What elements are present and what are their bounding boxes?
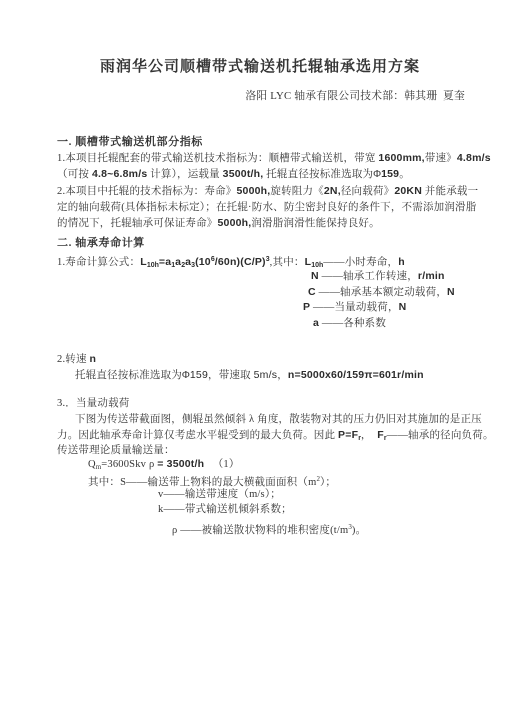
- text-run: 计算），运载量: [147, 169, 222, 180]
- formula-run: (10: [195, 256, 211, 268]
- formula-run: F: [377, 429, 384, 441]
- value-run: 5000h,: [236, 185, 270, 197]
- text-run: 润滑脂润滑性能保持良好。: [251, 218, 379, 229]
- value-run: = 3500t/h: [157, 458, 204, 470]
- para1-line2: （可按 4.8~6.8m/s 计算），运载量 3500t/h, 托辊直径按标准选…: [57, 168, 410, 181]
- value-run: 3500t/h,: [223, 168, 264, 180]
- value-run: 1600mm,: [378, 152, 424, 164]
- value-run: 159: [190, 369, 208, 381]
- subscript: 10h: [147, 262, 159, 269]
- text-run: ）；: [265, 489, 281, 500]
- section2-heading: 二. 轴承寿命计算: [57, 237, 145, 250]
- text-run: 径向载荷》: [341, 186, 395, 197]
- value-run: 20KN: [394, 185, 422, 197]
- text-run: ——输送带速度（: [163, 489, 249, 500]
- doc-byline: 洛阳 LYC 轴承有限公司技术部：韩其珊 夏奎: [0, 90, 465, 103]
- text-run: 2.转速: [57, 354, 90, 365]
- definition-a: a ——各种系数: [313, 317, 386, 330]
- definition-c: C ——轴承基本额定动载荷，N: [308, 286, 455, 299]
- text-run: ,其中：: [270, 257, 305, 268]
- section3-heading: 3.．当量动载荷: [57, 397, 129, 410]
- speed-subheading: 2.转速 n: [57, 353, 96, 366]
- text-run: 的情况下，托辊轴承可保证寿命》: [57, 218, 218, 229]
- text-run: 旋转阻力《: [270, 186, 324, 197]
- text-run: ——被输送散状物料的堆积密度(: [180, 525, 334, 536]
- formula-run: P=F: [338, 429, 358, 441]
- equation-number: （1）: [204, 459, 239, 470]
- text-run: ，带速取: [208, 370, 254, 381]
- text-run: ，: [277, 370, 288, 381]
- qm-formula-line: Qm=3600Skv ρ = 3500t/h （1）: [88, 458, 240, 474]
- text-run: ——轴承的径向负荷。: [387, 430, 494, 441]
- section3-line2: 力。因此轴承寿命计算仅考虑水平辊受到的最大负荷。因此 P=Fr， Fr——轴承的…: [57, 429, 494, 445]
- text-run: ——带式输送机倾斜系数；: [163, 504, 291, 515]
- text-run: 带速》: [425, 153, 457, 164]
- para2-line2: 定的轴向载荷(具体指标未标定）；在托辊·防水、防尘密封良好的条件下，不需添加润滑…: [57, 201, 476, 214]
- para1-line1: 1.本项目托辊配套的带式输送机技术指标为：顺槽带式输送机，带宽 1600mm,带…: [57, 152, 491, 165]
- text-run: （可按: [57, 169, 92, 180]
- document-page: 雨润华公司顺槽带式输送机托辊轴承选用方案 洛阳 LYC 轴承有限公司技术部：韩其…: [0, 0, 520, 728]
- value-run: 159: [381, 168, 399, 180]
- value-run: 4.8~6.8m/s: [92, 168, 147, 180]
- section1-heading: 一. 顺槽带式输送机部分指标: [57, 136, 203, 149]
- text-run: 下图为传送带截面图，侧辊虽然倾斜 λ 角度，散装物对其的压力仍旧对其施加的是正压: [75, 414, 482, 425]
- definition-p: P ——当量动载荷，N: [303, 301, 406, 314]
- text-run: 托辊直径按标准选取为Φ: [75, 370, 190, 381]
- para2-line1: 2.本项目中托辊的技术指标为：寿命》5000h,旋转阻力《2N,径向载荷》20K…: [57, 185, 478, 198]
- text-run: ，: [361, 430, 377, 441]
- text-run: 其中：: [88, 477, 120, 488]
- section3-line3: 传送带理论质量输送量：: [57, 444, 175, 457]
- text-run: 力。因此轴承寿命计算仅考虑水平辊受到的最大负荷。因此: [57, 430, 338, 441]
- section3-line1: 下图为传送带截面图，侧辊虽然倾斜 λ 角度，散装物对其的压力仍旧对其施加的是正压: [75, 413, 482, 426]
- text-run: 并能承载一: [422, 186, 478, 197]
- formula-run: =3600Skv: [101, 459, 149, 470]
- formula-run: n=5000x60/159: [288, 369, 364, 381]
- text-run: ——输送带上物料的最大横截面面积（: [126, 477, 308, 488]
- text-run: 定的轴向载荷(具体指标未标定）；在托辊·防水、防尘密封良好的条件下，不需添加润滑…: [57, 202, 476, 213]
- text-run: )。: [352, 525, 366, 536]
- unit-run: N: [399, 301, 407, 313]
- formula-run: /60n)(C/P): [215, 256, 266, 268]
- formula-Qm: Q: [88, 459, 96, 470]
- where-item-v: v——输送带速度（m/s）；: [158, 488, 281, 501]
- symbol-run: N: [311, 270, 319, 282]
- value-run: 5000h,: [218, 217, 252, 229]
- value-run: 4.8m/s: [457, 152, 491, 164]
- symbol-run: C: [308, 286, 316, 298]
- speed-calculation-line: 托辊直径按标准选取为Φ159，带速取 5m/s，n=5000x60/159π=6…: [75, 369, 424, 382]
- doc-title: 雨润华公司顺槽带式输送机托辊轴承选用方案: [0, 61, 520, 74]
- text-run: 2.本项目中托辊的技术指标为：寿命》: [57, 186, 236, 197]
- text-run: ——轴承工作转速，: [319, 271, 418, 282]
- unit-run: t/m: [334, 525, 349, 536]
- text-run: 1.本项目托辊配套的带式输送机技术指标为：顺槽带式输送机，带宽: [57, 153, 378, 164]
- formula-run: =a: [159, 256, 171, 268]
- text-run: 3.．当量动载荷: [57, 398, 129, 409]
- text-run: ——小时寿命，: [323, 257, 398, 268]
- where-item-k: k——带式输送机倾斜系数；: [158, 503, 292, 516]
- text-run: ——各种系数: [319, 318, 386, 329]
- text-run: 1.寿命计算公式：: [57, 257, 140, 268]
- text-run: 传送带理论质量输送量：: [57, 445, 175, 456]
- text-run: ——当量动载荷，: [310, 302, 398, 313]
- rho-symbol: ρ: [149, 459, 157, 470]
- subscript: 10h: [311, 262, 323, 269]
- text-run: 托辊直径按标准选取为Φ: [263, 169, 381, 180]
- pi-symbol: π: [364, 369, 372, 381]
- text-run: ）；: [320, 477, 336, 488]
- value-run: 2N,: [324, 185, 341, 197]
- unit-run: m/s: [249, 489, 265, 500]
- text-run: ——轴承基本额定动载荷，: [316, 287, 447, 298]
- unit-run: N: [447, 286, 455, 298]
- para2-line3: 的情况下，托辊轴承可保证寿命》5000h,润滑脂润滑性能保持良好。: [57, 217, 380, 230]
- value-run: 5m/s: [254, 369, 278, 381]
- text-run: 。: [399, 169, 410, 180]
- formula-L10h: L: [140, 256, 147, 268]
- definition-n: N ——轴承工作转速，r/min: [311, 270, 445, 283]
- where-item-rho: ρ ——被输送散状物料的堆积密度(t/m3)。: [172, 521, 366, 537]
- where-item-s: 其中：S——输送带上物料的最大横截面面积（m2）；: [88, 473, 336, 489]
- unit-run: h: [398, 256, 405, 268]
- unit-run: r/min: [418, 270, 445, 282]
- formula-run: =601r/min: [373, 369, 424, 381]
- symbol-run: n: [90, 353, 97, 365]
